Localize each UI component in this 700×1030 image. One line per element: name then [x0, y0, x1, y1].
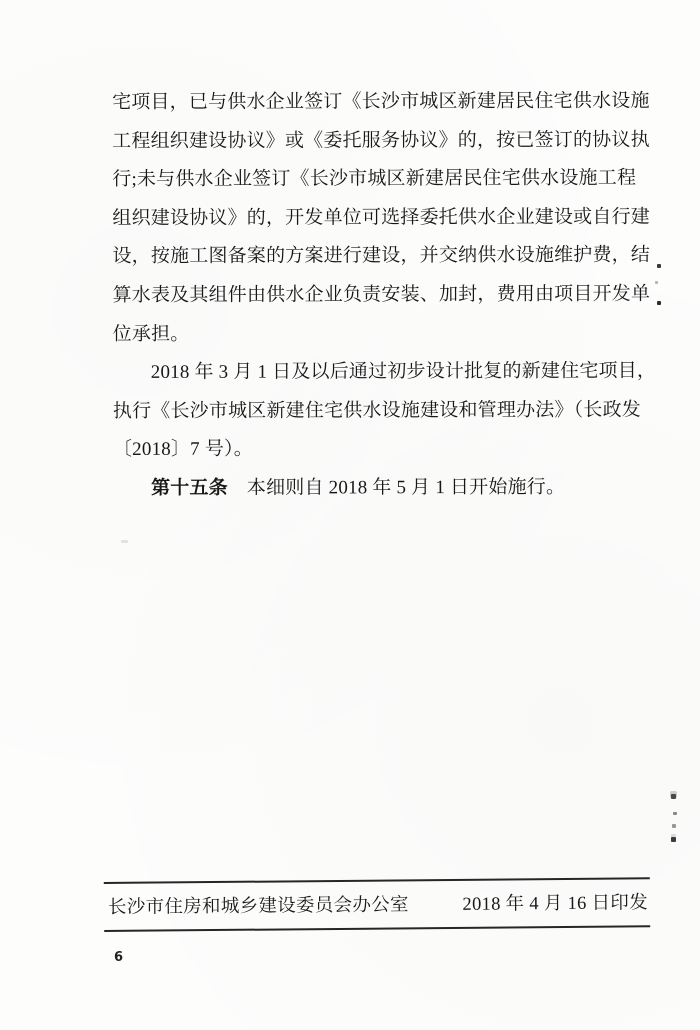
clause-line: 第十五条本细则自 2018 年 5 月 1 日开始施行。 — [113, 469, 658, 509]
body-line: 执行《长沙市城区新建住宅供水设施建设和管理办法》（长政发 — [113, 391, 658, 431]
page-number: 6 — [114, 950, 123, 965]
scan-artifact-dot — [671, 837, 676, 842]
body-line: 〔2018〕7 号）。 — [113, 430, 658, 470]
scan-artifact-dot — [655, 281, 658, 284]
clause-number: 第十五条 — [151, 478, 228, 499]
scan-artifact-smudge — [121, 540, 128, 543]
body-line: 位承担。 — [113, 314, 658, 354]
footer-issuer: 长沙市住房和城乡建设委员会办公室 — [108, 890, 409, 919]
body-line: 宅项目，已与供水企业签订《长沙市城区新建居民住宅供水设施 — [112, 83, 657, 123]
body-line: 工程组织建设协议》或《委托服务协议》的，按已签订的协议执 — [112, 121, 657, 161]
document-page: 宅项目，已与供水企业签订《长沙市城区新建居民住宅供水设施 工程组织建设协议》或《… — [0, 0, 700, 1030]
footer-print-date: 2018 年 4 月 16 日印发 — [462, 888, 648, 916]
scan-artifact-dot — [657, 301, 661, 305]
body-text-block: 宅项目，已与供水企业签订《长沙市城区新建居民住宅供水设施 工程组织建设协议》或《… — [112, 83, 658, 509]
scan-artifact-dot — [657, 264, 661, 268]
scan-artifact-dot — [672, 824, 676, 828]
body-line: 设，按施工图备案的方案进行建设，并交纳供水设施维护费，结 — [112, 237, 657, 277]
body-line: 2018 年 3 月 1 日及以后通过初步设计批复的新建住宅项目， — [113, 353, 658, 393]
body-line: 组织建设协议》的，开发单位可选择委托供水企业建设或自行建 — [112, 198, 657, 238]
scan-artifact-dot — [671, 794, 676, 799]
body-line: 行;未与供水企业签订《长沙市城区新建居民住宅供水设施工程 — [112, 160, 657, 200]
clause-text: 本细则自 2018 年 5 月 1 日开始施行。 — [247, 477, 565, 499]
body-line: 算水表及其组件由供水企业负责安装、加封，费用由项目开发单 — [113, 276, 658, 316]
scan-artifact-dot — [673, 812, 677, 815]
document-footer: 长沙市住房和城乡建设委员会办公室 2018 年 4 月 16 日印发 — [104, 877, 650, 932]
